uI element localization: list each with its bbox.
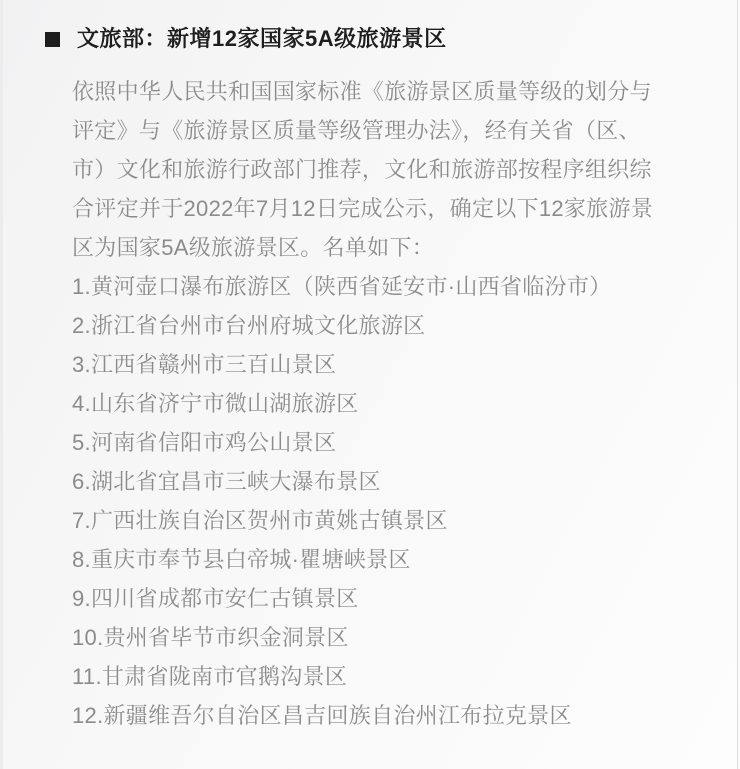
paragraph-line: 合评定并于2022年7月12日完成公示，确定以下12家旅游景 — [72, 189, 740, 228]
list-item: 10.贵州省毕节市织金洞景区 — [72, 618, 740, 657]
article-body: 依照中华人民共和国国家标准《旅游景区质量等级的划分与 评定》与《旅游景区质量等级… — [72, 72, 740, 735]
paragraph-line: 区为国家5A级旅游景区。名单如下： — [72, 228, 740, 267]
list-item: 11.甘肃省陇南市官鹅沟景区 — [72, 657, 740, 696]
list-item: 8.重庆市奉节县白帝城·瞿塘峡景区 — [72, 540, 740, 579]
square-bullet-icon — [45, 32, 60, 47]
list-item: 12.新疆维吾尔自治区昌吉回族自治州江布拉克景区 — [72, 696, 740, 735]
list-item: 3.江西省赣州市三百山景区 — [72, 345, 740, 384]
list-item: 7.广西壮族自治区贺州市黄姚古镇景区 — [72, 501, 740, 540]
paragraph-line: 依照中华人民共和国国家标准《旅游景区质量等级的划分与 — [72, 72, 740, 111]
article-title: 文旅部：新增12家国家5A级旅游景区 — [77, 26, 447, 52]
paragraph-line: 市）文化和旅游行政部门推荐，文化和旅游部按程序组织综 — [72, 150, 740, 189]
list-item: 6.湖北省宜昌市三峡大瀑布景区 — [72, 462, 740, 501]
paragraph-line: 评定》与《旅游景区质量等级管理办法》，经有关省（区、 — [72, 111, 740, 150]
list-item: 1.黄河壶口瀑布旅游区（陕西省延安市·山西省临汾市） — [72, 267, 740, 306]
article-page: 文旅部：新增12家国家5A级旅游景区 依照中华人民共和国国家标准《旅游景区质量等… — [0, 0, 740, 769]
list-item: 4.山东省济宁市微山湖旅游区 — [72, 384, 740, 423]
page-left-edge — [0, 0, 3, 769]
page-right-edge — [737, 0, 738, 769]
article-title-row: 文旅部：新增12家国家5A级旅游景区 — [0, 0, 740, 52]
list-item: 5.河南省信阳市鸡公山景区 — [72, 423, 740, 462]
list-item: 9.四川省成都市安仁古镇景区 — [72, 579, 740, 618]
list-item: 2.浙江省台州市台州府城文化旅游区 — [72, 306, 740, 345]
